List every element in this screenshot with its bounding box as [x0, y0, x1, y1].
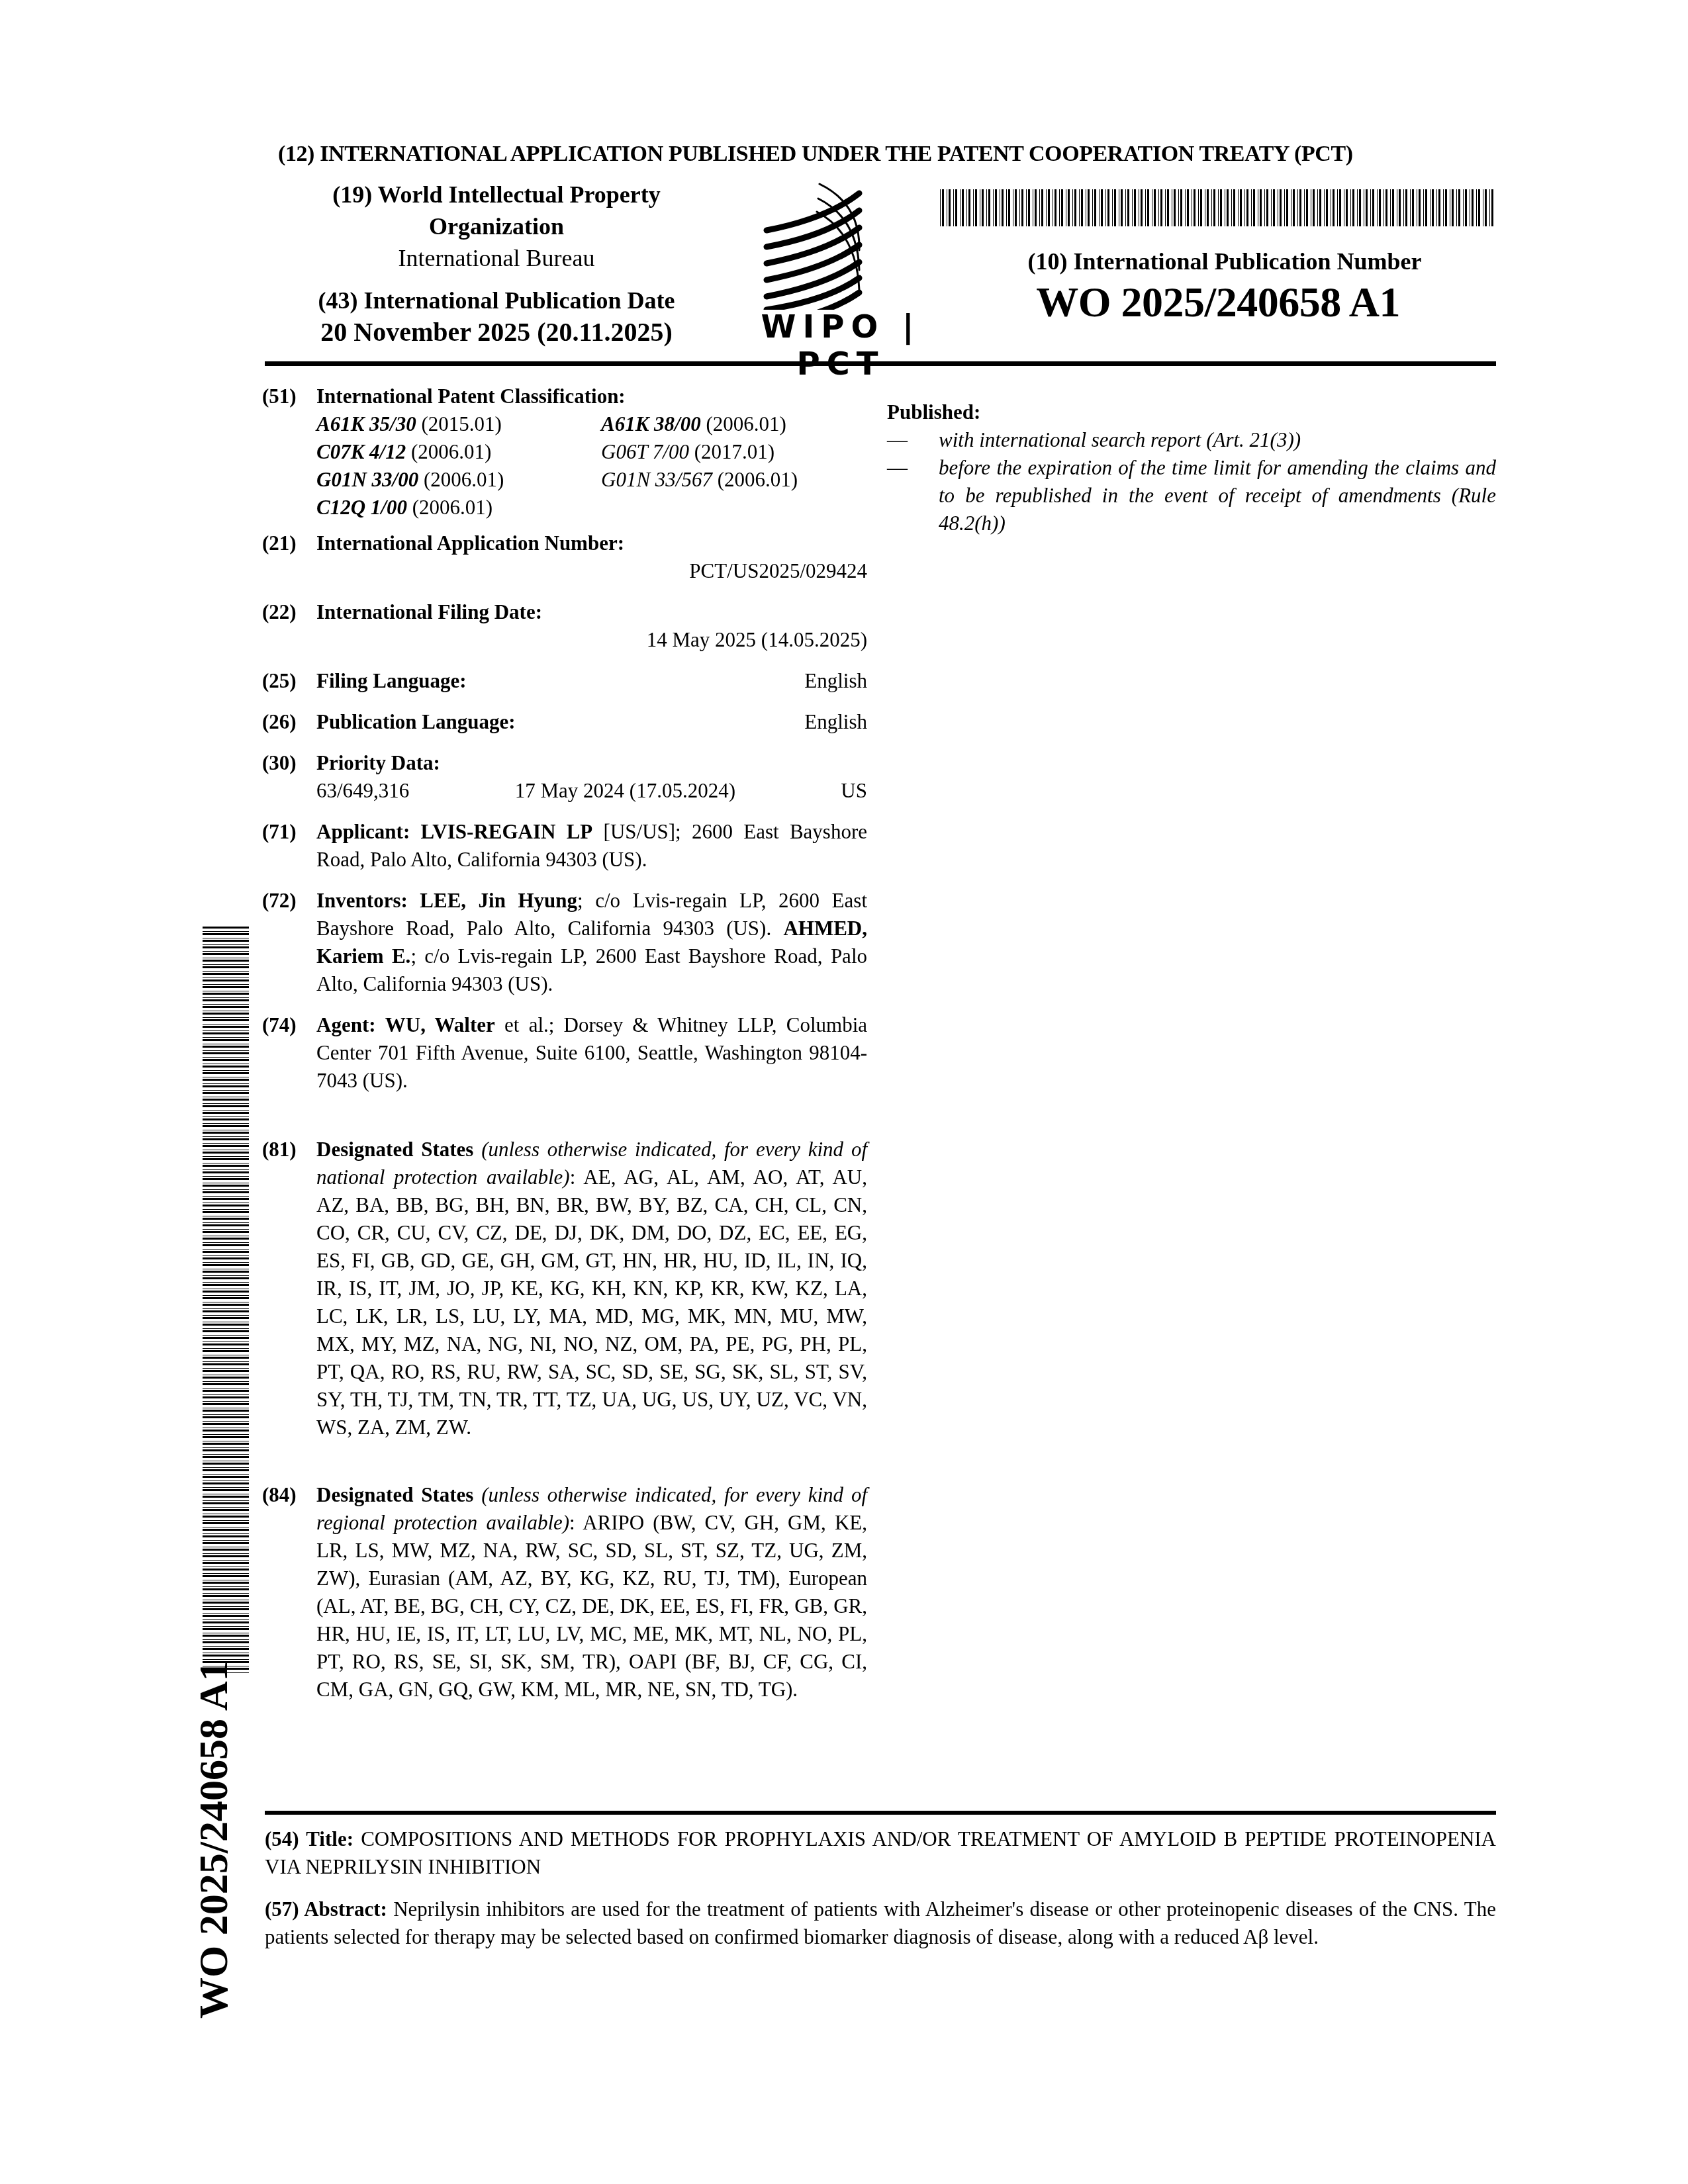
barcode-side: [203, 927, 249, 1674]
publication-language-value: English: [804, 708, 867, 736]
vertical-publication-number: WO 2025/240658 A1: [191, 1688, 238, 2019]
filing-date-value: 14 May 2025 (14.05.2025): [316, 626, 867, 654]
publication-date-value: 20 November 2025 (20.11.2025): [291, 316, 702, 348]
title-paragraph: (54) Title: COMPOSITIONS AND METHODS FOR…: [265, 1825, 1496, 1881]
header-divider: [265, 361, 1496, 366]
abstract-paragraph: (57) Abstract: Neprilysin inhibitors are…: [265, 1895, 1496, 1951]
section-number: (84): [262, 1481, 297, 1509]
section-ipc: (51) International Patent Classification…: [262, 383, 867, 522]
ipc-code: A61K 38/00 (2006.01): [601, 410, 867, 438]
section-label: International Patent Classification:: [316, 383, 867, 410]
section-filing-language: (25) Filing Language: English: [262, 667, 867, 695]
section-number: (21): [262, 529, 297, 557]
title-text: COMPOSITIONS AND METHODS FOR PROPHYLAXIS…: [265, 1827, 1496, 1878]
priority-date: 17 May 2024 (17.05.2024): [515, 777, 735, 805]
barcode-top: [940, 189, 1496, 226]
section-label: Filing Language:: [316, 667, 467, 695]
wipo-pct-logo: WIPO | PCT: [728, 177, 953, 349]
section-label: Priority Data:: [316, 749, 867, 777]
org-name-line2: Organization: [311, 210, 682, 242]
dash-bullet: —: [887, 454, 939, 537]
priority-country: US: [841, 777, 867, 805]
title-abstract-block: (54) Title: COMPOSITIONS AND METHODS FOR…: [265, 1825, 1496, 1966]
section-publication-language: (26) Publication Language: English: [262, 708, 867, 736]
ipc-code: A61K 35/30 (2015.01): [316, 410, 601, 438]
section-label: International Application Number:: [316, 529, 867, 557]
ipc-code: C12Q 1/00 (2006.01): [316, 494, 601, 522]
filing-language-value: English: [804, 667, 867, 695]
section-number: (22): [262, 598, 297, 626]
section-priority-data: (30) Priority Data: 63/649,316 17 May 20…: [262, 749, 867, 805]
published-item-text: with international search report (Art. 2…: [939, 426, 1301, 454]
inventor-name: LEE, Jin Hyung: [420, 889, 577, 912]
section-number: (71): [262, 818, 297, 846]
section-agent: (74) Agent: WU, Walter et al.; Dorsey & …: [262, 1011, 867, 1095]
ipc-code: G01N 33/00 (2006.01): [316, 466, 601, 494]
published-block: Published: — with international search r…: [887, 398, 1496, 537]
section-number: (30): [262, 749, 297, 777]
section-number: (51): [262, 383, 297, 410]
wipo-globe-icon: [728, 177, 953, 310]
agent-name: WU, Walter: [385, 1013, 495, 1036]
org-name-line1: (19) World Intellectual Property: [311, 179, 682, 210]
org-bureau: International Bureau: [311, 242, 682, 274]
published-item: — before the expiration of the time limi…: [887, 454, 1496, 537]
ipc-code: C07K 4/12 (2006.01): [316, 438, 601, 466]
published-label: Published:: [887, 398, 1496, 426]
published-item: — with international search report (Art.…: [887, 426, 1496, 454]
section-applicant: (71) Applicant: LVIS-REGAIN LP [US/US]; …: [262, 818, 867, 874]
section-label: Publication Language:: [316, 708, 516, 736]
section-label: Designated States: [316, 1138, 473, 1161]
abstract-label: (57) Abstract:: [265, 1897, 387, 1921]
section-filing-date: (22) International Filing Date: 14 May 2…: [262, 598, 867, 654]
section-number: (25): [262, 667, 297, 695]
wipo-pct-wordmark: WIPO | PCT: [728, 308, 953, 383]
applicant-name: LVIS-REGAIN LP: [421, 820, 593, 843]
footer-divider: [265, 1811, 1496, 1815]
publication-date-label: (43) International Publication Date: [291, 285, 702, 316]
ipc-code: G01N 33/567 (2006.01): [601, 466, 867, 494]
publication-date-block: (43) International Publication Date 20 N…: [291, 285, 702, 348]
section-designated-national: (81) Designated States (unless otherwise…: [262, 1136, 867, 1441]
designated-states-list: AE, AG, AL, AM, AO, AT, AU, AZ, BA, BB, …: [316, 1165, 867, 1439]
section-number: (26): [262, 708, 297, 736]
section-label: International Filing Date:: [316, 598, 867, 626]
publication-number-label: (10) International Publication Number: [953, 248, 1496, 275]
section-number: (74): [262, 1011, 297, 1039]
section-application-number: (21) International Application Number: P…: [262, 529, 867, 585]
title-label: (54) Title:: [265, 1827, 353, 1850]
issuing-organization: (19) World Intellectual Property Organiz…: [311, 179, 682, 274]
section-label: Inventors:: [316, 889, 408, 912]
abstract-text: Neprilysin inhibitors are used for the t…: [265, 1897, 1496, 1948]
document-type-heading: (12) INTERNATIONAL APPLICATION PUBLISHED…: [278, 142, 1483, 167]
priority-number: 63/649,316: [316, 777, 409, 805]
section-label: Applicant:: [316, 820, 410, 843]
ipc-code: G06T 7/00 (2017.01): [601, 438, 867, 466]
section-number: (81): [262, 1136, 297, 1163]
published-item-text: before the expiration of the time limit …: [939, 454, 1496, 537]
section-number: (72): [262, 887, 297, 915]
ipc-code-list: A61K 35/30 (2015.01)A61K 38/00 (2006.01)…: [316, 410, 867, 522]
section-label: Agent:: [316, 1013, 376, 1036]
application-number-value: PCT/US2025/029424: [316, 557, 867, 585]
section-label: Designated States: [316, 1483, 473, 1506]
dash-bullet: —: [887, 426, 939, 454]
publication-number: WO 2025/240658 A1: [940, 278, 1496, 327]
section-designated-regional: (84) Designated States (unless otherwise…: [262, 1481, 867, 1704]
section-inventors: (72) Inventors: LEE, Jin Hyung; c/o Lvis…: [262, 887, 867, 998]
designated-states-list: ARIPO (BW, CV, GH, GM, KE, LR, LS, MW, M…: [316, 1511, 867, 1701]
